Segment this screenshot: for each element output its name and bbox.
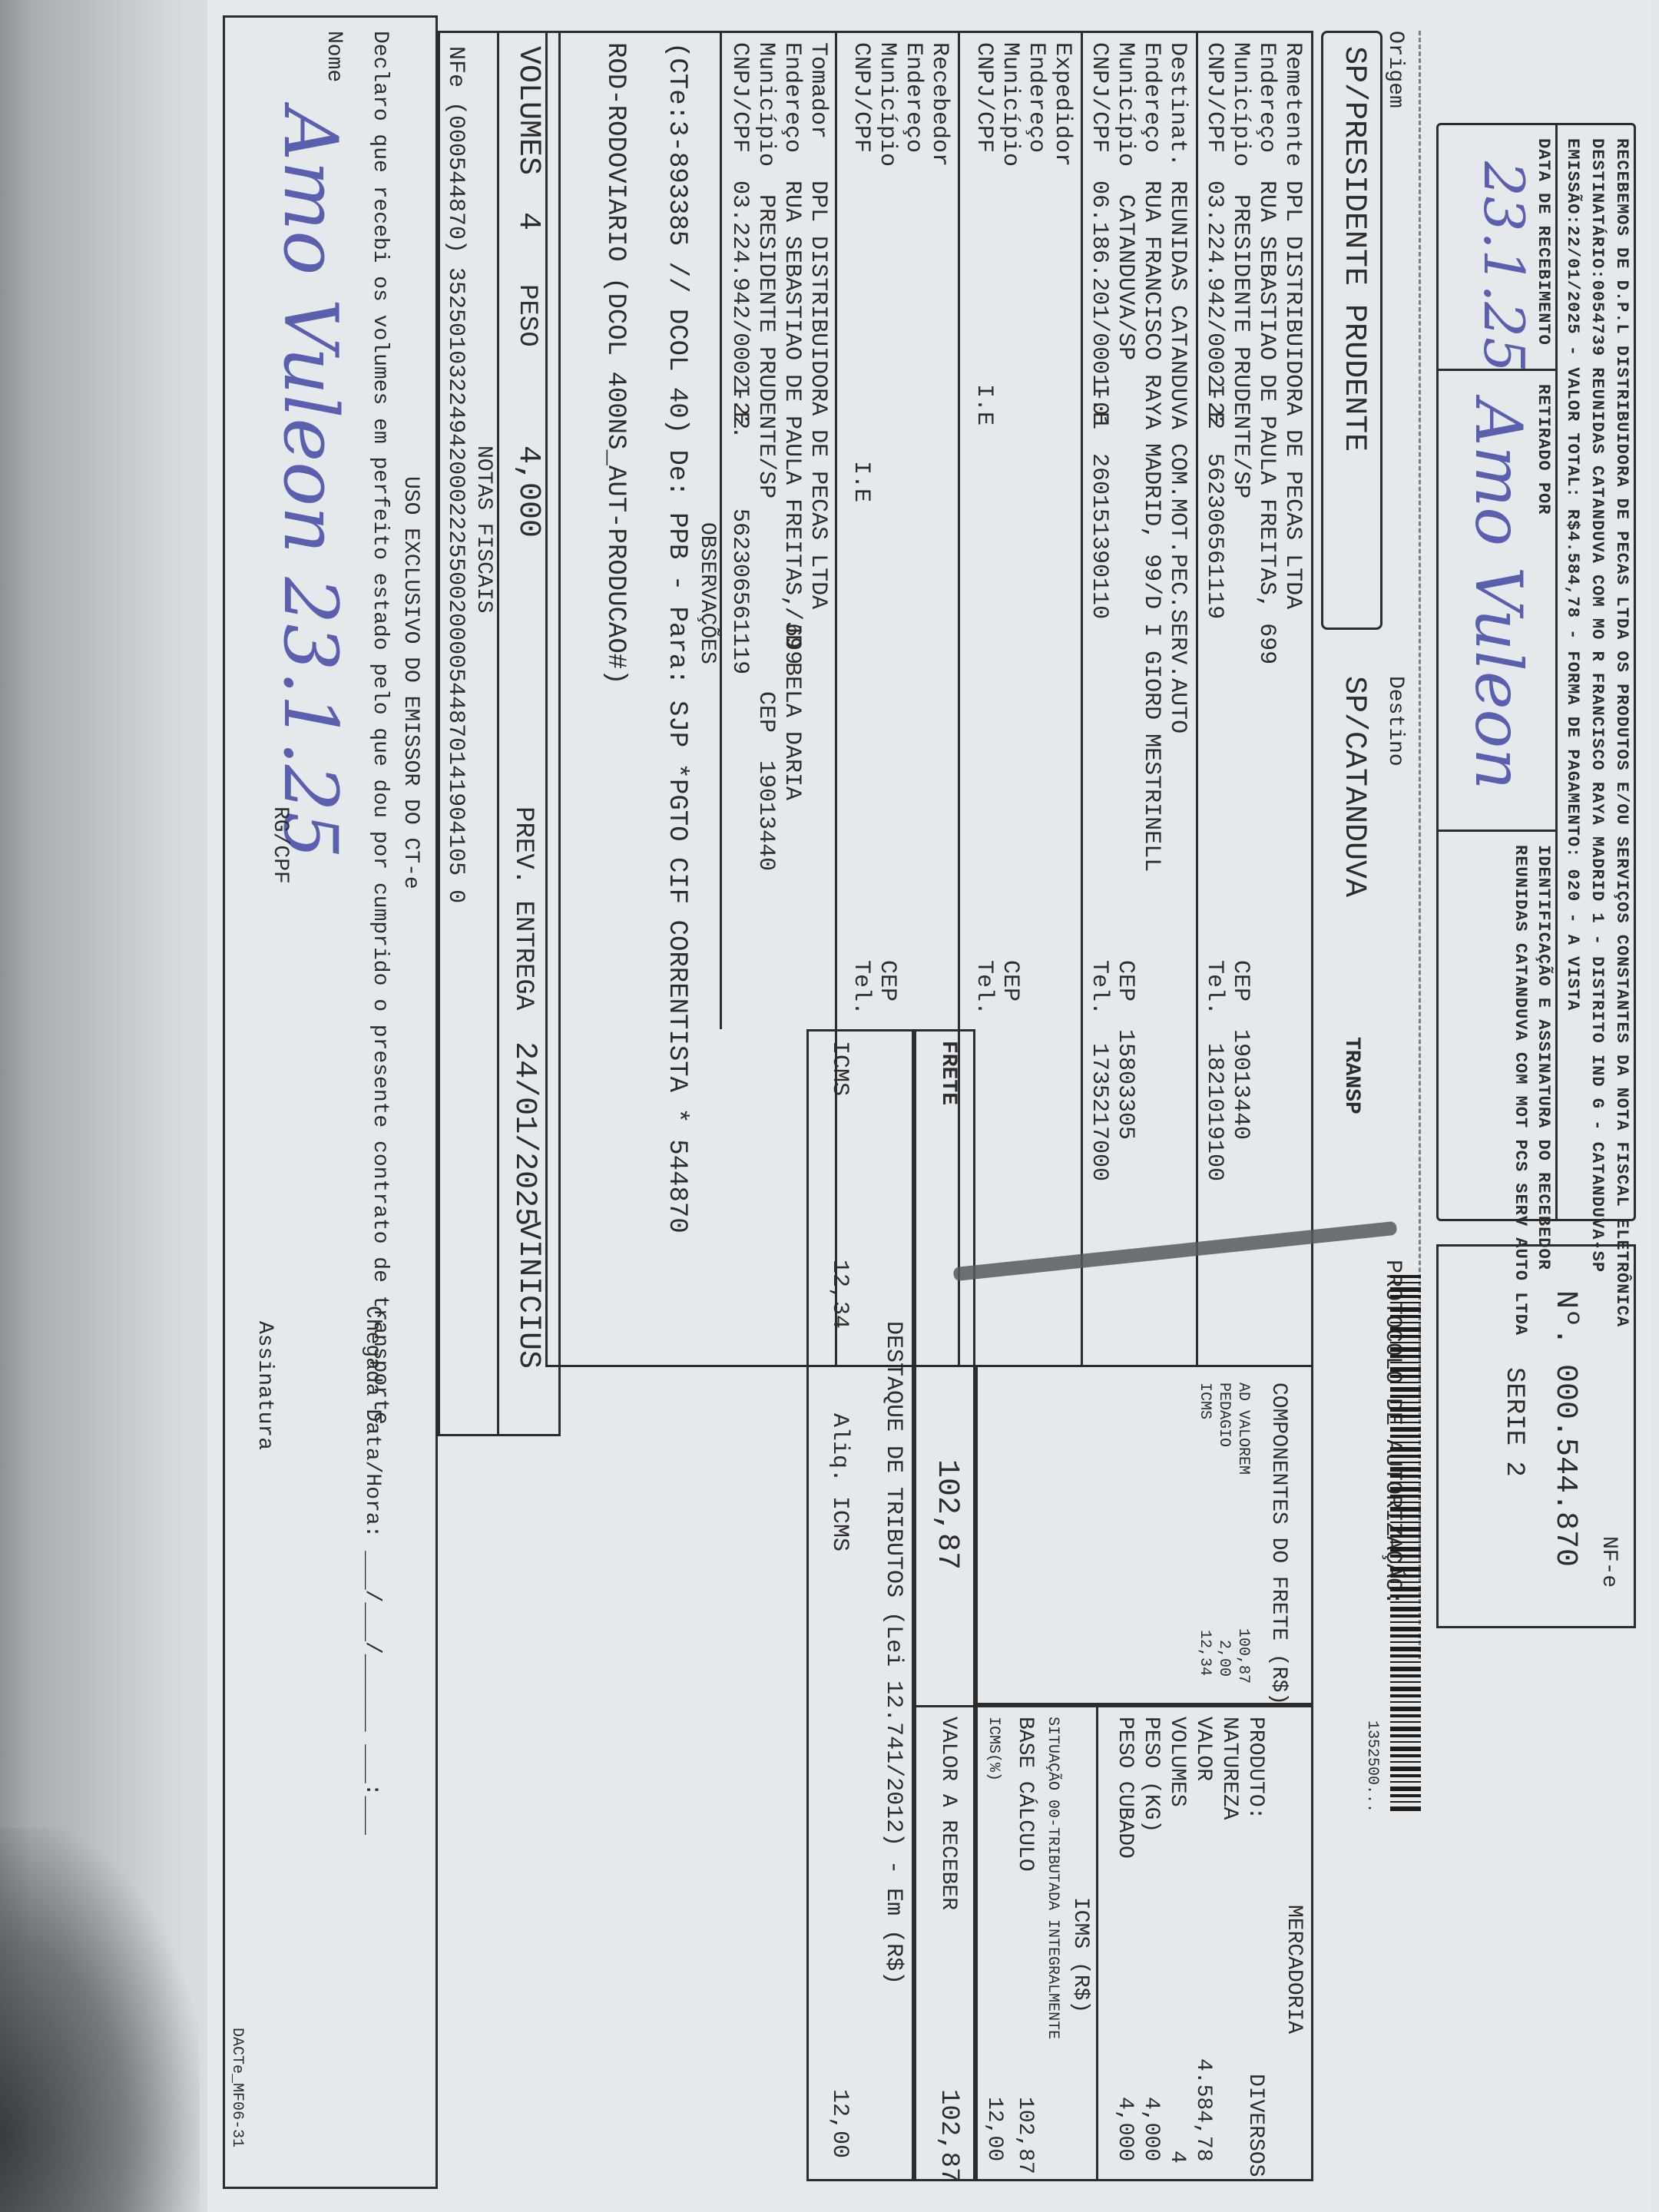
mercadoria-volumes: 4 bbox=[1165, 2151, 1189, 2164]
notas-line: NFe (000544870) 352501032249420002225500… bbox=[442, 46, 469, 903]
dacte-document: RECEBEMOS DE D.P.L DISTRIBUIDORA DE PECA… bbox=[207, 0, 1651, 2212]
nome-label: Nome bbox=[322, 31, 346, 82]
componentes-box bbox=[975, 1367, 1313, 1705]
destinatario-municipio: CATANDUVA/SP bbox=[1112, 194, 1138, 360]
comp-label-1: PEDAGIO bbox=[1215, 1382, 1233, 1447]
mercadoria-valor: 4.584,78 bbox=[1191, 2058, 1215, 2161]
header-line3: EMISSÃO:22/01/2025 - VALOR TOTAL: R$4.58… bbox=[1563, 138, 1582, 1011]
chegada-label: Chegada Data/Hora: bbox=[360, 1306, 384, 1538]
tomador-cep: 19013440 bbox=[753, 760, 779, 871]
remetente-tel: 1821019100 bbox=[1201, 1043, 1227, 1181]
frete-value: 102,87 bbox=[929, 1459, 964, 1570]
chegada-value: ___/___/______ ___:___ bbox=[360, 1551, 384, 1835]
rg-label: RG/CPF bbox=[268, 806, 292, 884]
nfe-label: NF-e bbox=[1597, 1536, 1621, 1588]
remetente-endereco: RUA SEBASTIAO DE PAULA FREITAS, 699 bbox=[1253, 180, 1280, 664]
mercadoria-peso: 4,000 bbox=[1139, 2097, 1163, 2161]
peso-value: 4,000 bbox=[511, 445, 545, 538]
destinatario-ie: 260151390110 bbox=[1086, 453, 1112, 619]
origem-label: Origem bbox=[1383, 31, 1407, 108]
recebedor-label: Recebedor bbox=[926, 42, 952, 167]
retirado-por-label: RETIRADO POR bbox=[1534, 384, 1553, 515]
nfe-number: Nº. 000.544.870 bbox=[1548, 1290, 1582, 1567]
icms-base: 102,87 bbox=[1013, 2097, 1037, 2174]
destinatario-cep: 15803305 bbox=[1112, 1029, 1138, 1140]
componentes-title: COMPONENTES DO FRETE (R$) bbox=[1267, 1382, 1290, 1705]
destinatario-name: REUNIDAS CATANDUVA COM.MOT.PEC.SERV.AUTO bbox=[1164, 180, 1190, 733]
hand-shadow bbox=[0, 1828, 200, 2212]
transp-label: TRANSP bbox=[1339, 1037, 1363, 1114]
tomador-name: DPL DISTRIBUIDORA DE PECAS LTDA bbox=[805, 180, 831, 609]
observacoes-line1: (CTe:3-893385 // DCOL 40) De: PPB - Para… bbox=[662, 42, 691, 1233]
data-recebimento-label: DATA DE RECEBIMENTO bbox=[1534, 138, 1553, 346]
frete-box bbox=[914, 1029, 975, 2181]
retirado-por-handwritten: Amo Vuleon bbox=[1461, 399, 1536, 790]
notas-title: NOTAS FISCAIS bbox=[472, 445, 495, 613]
comp-value-0: 100,87 bbox=[1234, 1628, 1252, 1684]
remetente-ie: 562306561119 bbox=[1201, 453, 1227, 619]
data-recebimento-handwritten: 23.1.25 bbox=[1472, 161, 1536, 373]
protocolo-value: 1352500... bbox=[1363, 1720, 1381, 1813]
remetente-cep: 19013440 bbox=[1227, 1029, 1253, 1140]
mercadoria-peso-cubado: 4,000 bbox=[1113, 2097, 1137, 2161]
remetente-name: DPL DISTRIBUIDORA DE PECAS LTDA bbox=[1280, 180, 1306, 609]
assinatura-label: Assinatura bbox=[253, 1321, 276, 1450]
header-line2: DESTINATÁRIO:0054739 REUNIDAS CATANDUVA … bbox=[1588, 138, 1607, 1273]
expedidor-label: Expedidor bbox=[1049, 42, 1075, 167]
destino-label: Destino bbox=[1383, 676, 1407, 767]
tomador-ie: 562306561119 bbox=[727, 508, 753, 674]
observacoes-line2: ROD-RODOVIARIO (DCOL 400NS_AUT-PRODUCAO#… bbox=[601, 42, 630, 685]
barcode bbox=[1390, 1275, 1421, 1813]
icms-aliq: 12,00 bbox=[982, 2097, 1006, 2161]
volumes-value: 4 bbox=[511, 212, 545, 230]
remetente-label: Remetente bbox=[1280, 42, 1306, 167]
valor-receber-value: 102,87 bbox=[934, 2089, 963, 2183]
comp-label-0: AD VALOREM bbox=[1234, 1382, 1252, 1475]
destino-value: SP/CATANDUVA bbox=[1336, 676, 1371, 897]
identificacao-label: IDENTIFICAÇÃO E ASSINATURA DO RECEBEDOR bbox=[1534, 845, 1553, 1270]
valor-receber-label: VALOR A RECEBER bbox=[936, 1717, 960, 1910]
tomador-bairro: /JD BELA DARIA bbox=[779, 607, 805, 800]
tomador-endereco: RUA SEBASTIAO DE PAULA FREITAS, 699 bbox=[779, 180, 805, 664]
tomador-municipio: PRESIDENTE PRUDENTE/SP bbox=[753, 194, 779, 498]
mercadoria-title: MERCADORIA bbox=[1282, 1905, 1306, 2034]
tributos-icms: 12,34 bbox=[826, 1260, 853, 1329]
form-code: DACTe_MF06-31 bbox=[228, 2028, 246, 2147]
origem-value: SP/PRESIDENTE PRUDENTE bbox=[1336, 46, 1371, 452]
comp-value-2: 12,34 bbox=[1196, 1630, 1214, 1676]
destinatario-tel: 1735217000 bbox=[1086, 1043, 1112, 1181]
destinatario-endereco: RUA FRANCISCO RAYA MADRID, 99/D I GIORD … bbox=[1138, 180, 1164, 872]
uso-exclusivo: USO EXCLUSIVO DO EMISSOR DO CT-e bbox=[399, 476, 422, 889]
comp-label-2: ICMS bbox=[1196, 1382, 1214, 1419]
destinatario-label: Destinat. bbox=[1164, 42, 1190, 167]
comp-value-1: 2,00 bbox=[1215, 1640, 1233, 1677]
declaracao: Declaro que recebi os volumes em perfeit… bbox=[368, 31, 392, 1438]
header-line1: RECEBEMOS DE D.P.L DISTRIBUIDORA DE PECA… bbox=[1612, 138, 1631, 1327]
nfe-serie: SERIE 2 bbox=[1499, 1367, 1528, 1477]
observacoes-title: OBSERVAÇÕES bbox=[695, 522, 719, 664]
icms-title: ICMS (R$) bbox=[1068, 1897, 1092, 2013]
tributos-aliq: 12,00 bbox=[826, 2089, 853, 2158]
icms-situacao: SITUAÇÃO 00-TRIBUTADA INTEGRALMENTE bbox=[1044, 1717, 1061, 2039]
tomador-label: Tomador bbox=[805, 42, 831, 139]
mercadoria-produto: DIVERSOS bbox=[1243, 2074, 1267, 2177]
motorista: VINICIUS bbox=[511, 1221, 545, 1369]
tributos-title: DESTAQUE DE TRIBUTOS (Lei 12.741/2012) -… bbox=[880, 1321, 906, 1985]
remetente-municipio: PRESIDENTE PRUDENTE/SP bbox=[1227, 194, 1253, 498]
prev-entrega: 24/01/2025 bbox=[507, 1041, 541, 1226]
frete-label: FRETE bbox=[936, 1041, 960, 1105]
nome-handwritten: Amo Vuleon 23.1.25 bbox=[267, 108, 353, 859]
